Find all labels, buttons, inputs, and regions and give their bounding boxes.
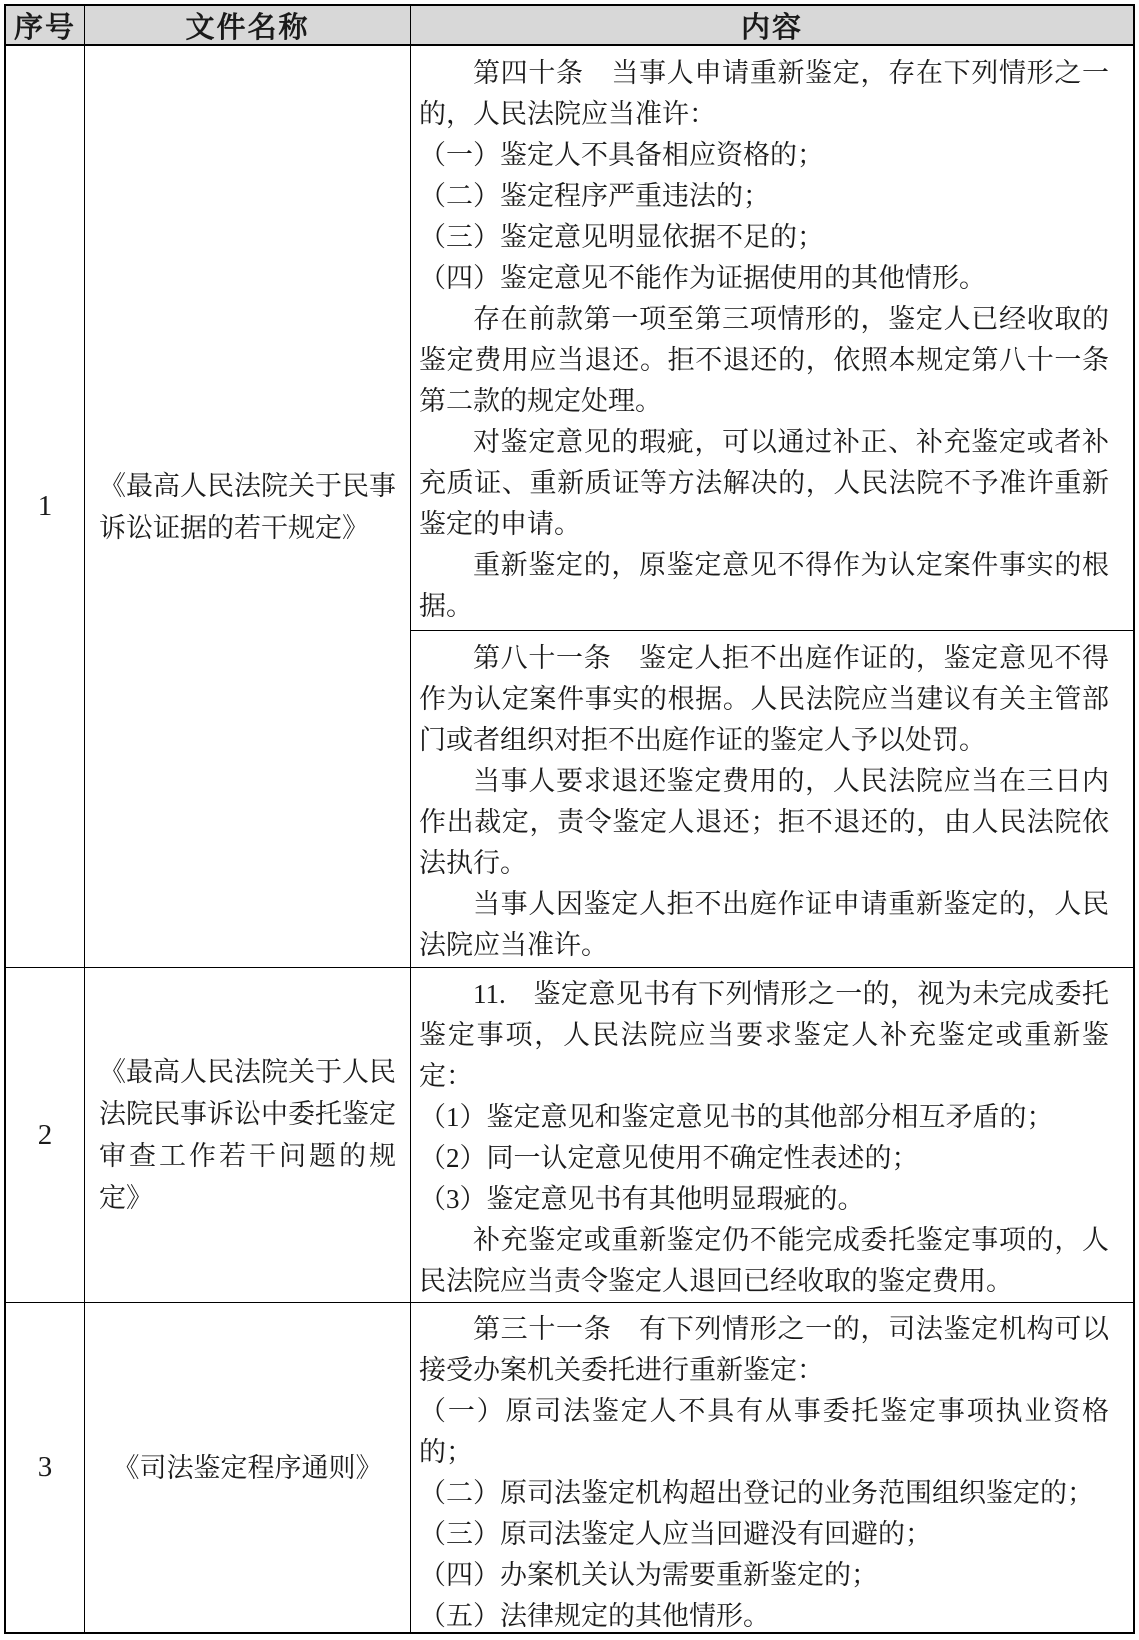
content-paragraph: 存在前款第一项至第三项情形的，鉴定人已经收取的鉴定费用应当退还。拒不退还的，依照…	[419, 299, 1109, 422]
legal-provisions-table: 序号 文件名称 内容 1 《最高人民法院关于民事诉讼证据的若干规定》 第四十条 …	[4, 4, 1135, 1634]
content-paragraph: （四）鉴定意见不能作为证据使用的其他情形。	[419, 258, 1109, 299]
content-paragraph: （三）鉴定意见明显依据不足的；	[419, 217, 1109, 258]
row2-file-name-cell: 《最高人民法院关于人民法院民事诉讼中委托鉴定审查工作若干问题的规定》	[84, 967, 410, 1302]
content-paragraph: （3）鉴定意见书有其他明显瑕疵的。	[419, 1179, 1109, 1220]
content-paragraph: （三）原司法鉴定人应当回避没有回避的；	[419, 1514, 1109, 1555]
statute-section-article-81: 第八十一条 鉴定人拒不出庭作证的，鉴定意见不得作为认定案件事实的根据。人民法院应…	[411, 631, 1133, 966]
content-paragraph: （1）鉴定意见和鉴定意见书的其他部分相互矛盾的；	[419, 1097, 1109, 1138]
file-name-text: 《最高人民法院关于民事诉讼证据的若干规定》	[85, 465, 410, 549]
row1-serial-cell: 1	[6, 46, 84, 967]
content-paragraph: 补充鉴定或重新鉴定仍不能完成委托鉴定事项的，人民法院应当责令鉴定人退回已经收取的…	[419, 1220, 1109, 1302]
file-name-text: 《司法鉴定程序通则》	[85, 1447, 410, 1489]
content-paragraph: （2）同一认定意见使用不确定性表述的；	[419, 1138, 1109, 1179]
content-paragraph: （五）法律规定的其他情形。	[419, 1596, 1109, 1632]
header-content: 内容	[410, 6, 1133, 46]
row1-file-name-cell: 《最高人民法院关于民事诉讼证据的若干规定》	[84, 46, 410, 967]
document-page: 序号 文件名称 内容 1 《最高人民法院关于民事诉讼证据的若干规定》 第四十条 …	[0, 0, 1139, 1640]
row3-serial-cell: 3	[6, 1302, 84, 1632]
header-file-name: 文件名称	[84, 6, 410, 46]
row2-content-cell: 11. 鉴定意见书有下列情形之一的，视为未完成委托鉴定事项，人民法院应当要求鉴定…	[410, 967, 1133, 1302]
row3-content-cell: 第三十一条 有下列情形之一的，司法鉴定机构可以接受办案机关委托进行重新鉴定： （…	[410, 1302, 1133, 1632]
statute-section-article-40: 第四十条 当事人申请重新鉴定，存在下列情形之一的，人民法院应当准许： （一）鉴定…	[411, 46, 1133, 631]
header-serial-number: 序号	[6, 6, 84, 46]
row3-file-name-cell: 《司法鉴定程序通则》	[84, 1302, 410, 1632]
content-paragraph: 对鉴定意见的瑕疵，可以通过补正、补充鉴定或者补充质证、重新质证等方法解决的，人民…	[419, 422, 1109, 545]
content-paragraph: 当事人要求退还鉴定费用的，人民法院应当在三日内作出裁定，责令鉴定人退还；拒不退还…	[419, 761, 1109, 884]
content-paragraph: 第四十条 当事人申请重新鉴定，存在下列情形之一的，人民法院应当准许：	[419, 53, 1109, 135]
content-paragraph: （一）鉴定人不具备相应资格的；	[419, 135, 1109, 176]
file-name-text: 《最高人民法院关于人民法院民事诉讼中委托鉴定审查工作若干问题的规定》	[85, 1051, 410, 1219]
content-paragraph: （二）鉴定程序严重违法的；	[419, 176, 1109, 217]
content-paragraph: 第八十一条 鉴定人拒不出庭作证的，鉴定意见不得作为认定案件事实的根据。人民法院应…	[419, 638, 1109, 761]
row1-content-cell: 第四十条 当事人申请重新鉴定，存在下列情形之一的，人民法院应当准许： （一）鉴定…	[410, 46, 1133, 967]
content-paragraph: 第三十一条 有下列情形之一的，司法鉴定机构可以接受办案机关委托进行重新鉴定：	[419, 1309, 1109, 1391]
content-paragraph: 11. 鉴定意见书有下列情形之一的，视为未完成委托鉴定事项，人民法院应当要求鉴定…	[419, 974, 1109, 1097]
content-paragraph: （四）办案机关认为需要重新鉴定的；	[419, 1555, 1109, 1596]
content-paragraph: 重新鉴定的，原鉴定意见不得作为认定案件事实的根据。	[419, 545, 1109, 627]
content-paragraph: （一）原司法鉴定人不具有从事委托鉴定事项执业资格的；	[419, 1391, 1109, 1473]
content-paragraph: （二）原司法鉴定机构超出登记的业务范围组织鉴定的；	[419, 1473, 1109, 1514]
content-paragraph: 当事人因鉴定人拒不出庭作证申请重新鉴定的，人民法院应当准许。	[419, 884, 1109, 966]
row2-serial-cell: 2	[6, 967, 84, 1302]
